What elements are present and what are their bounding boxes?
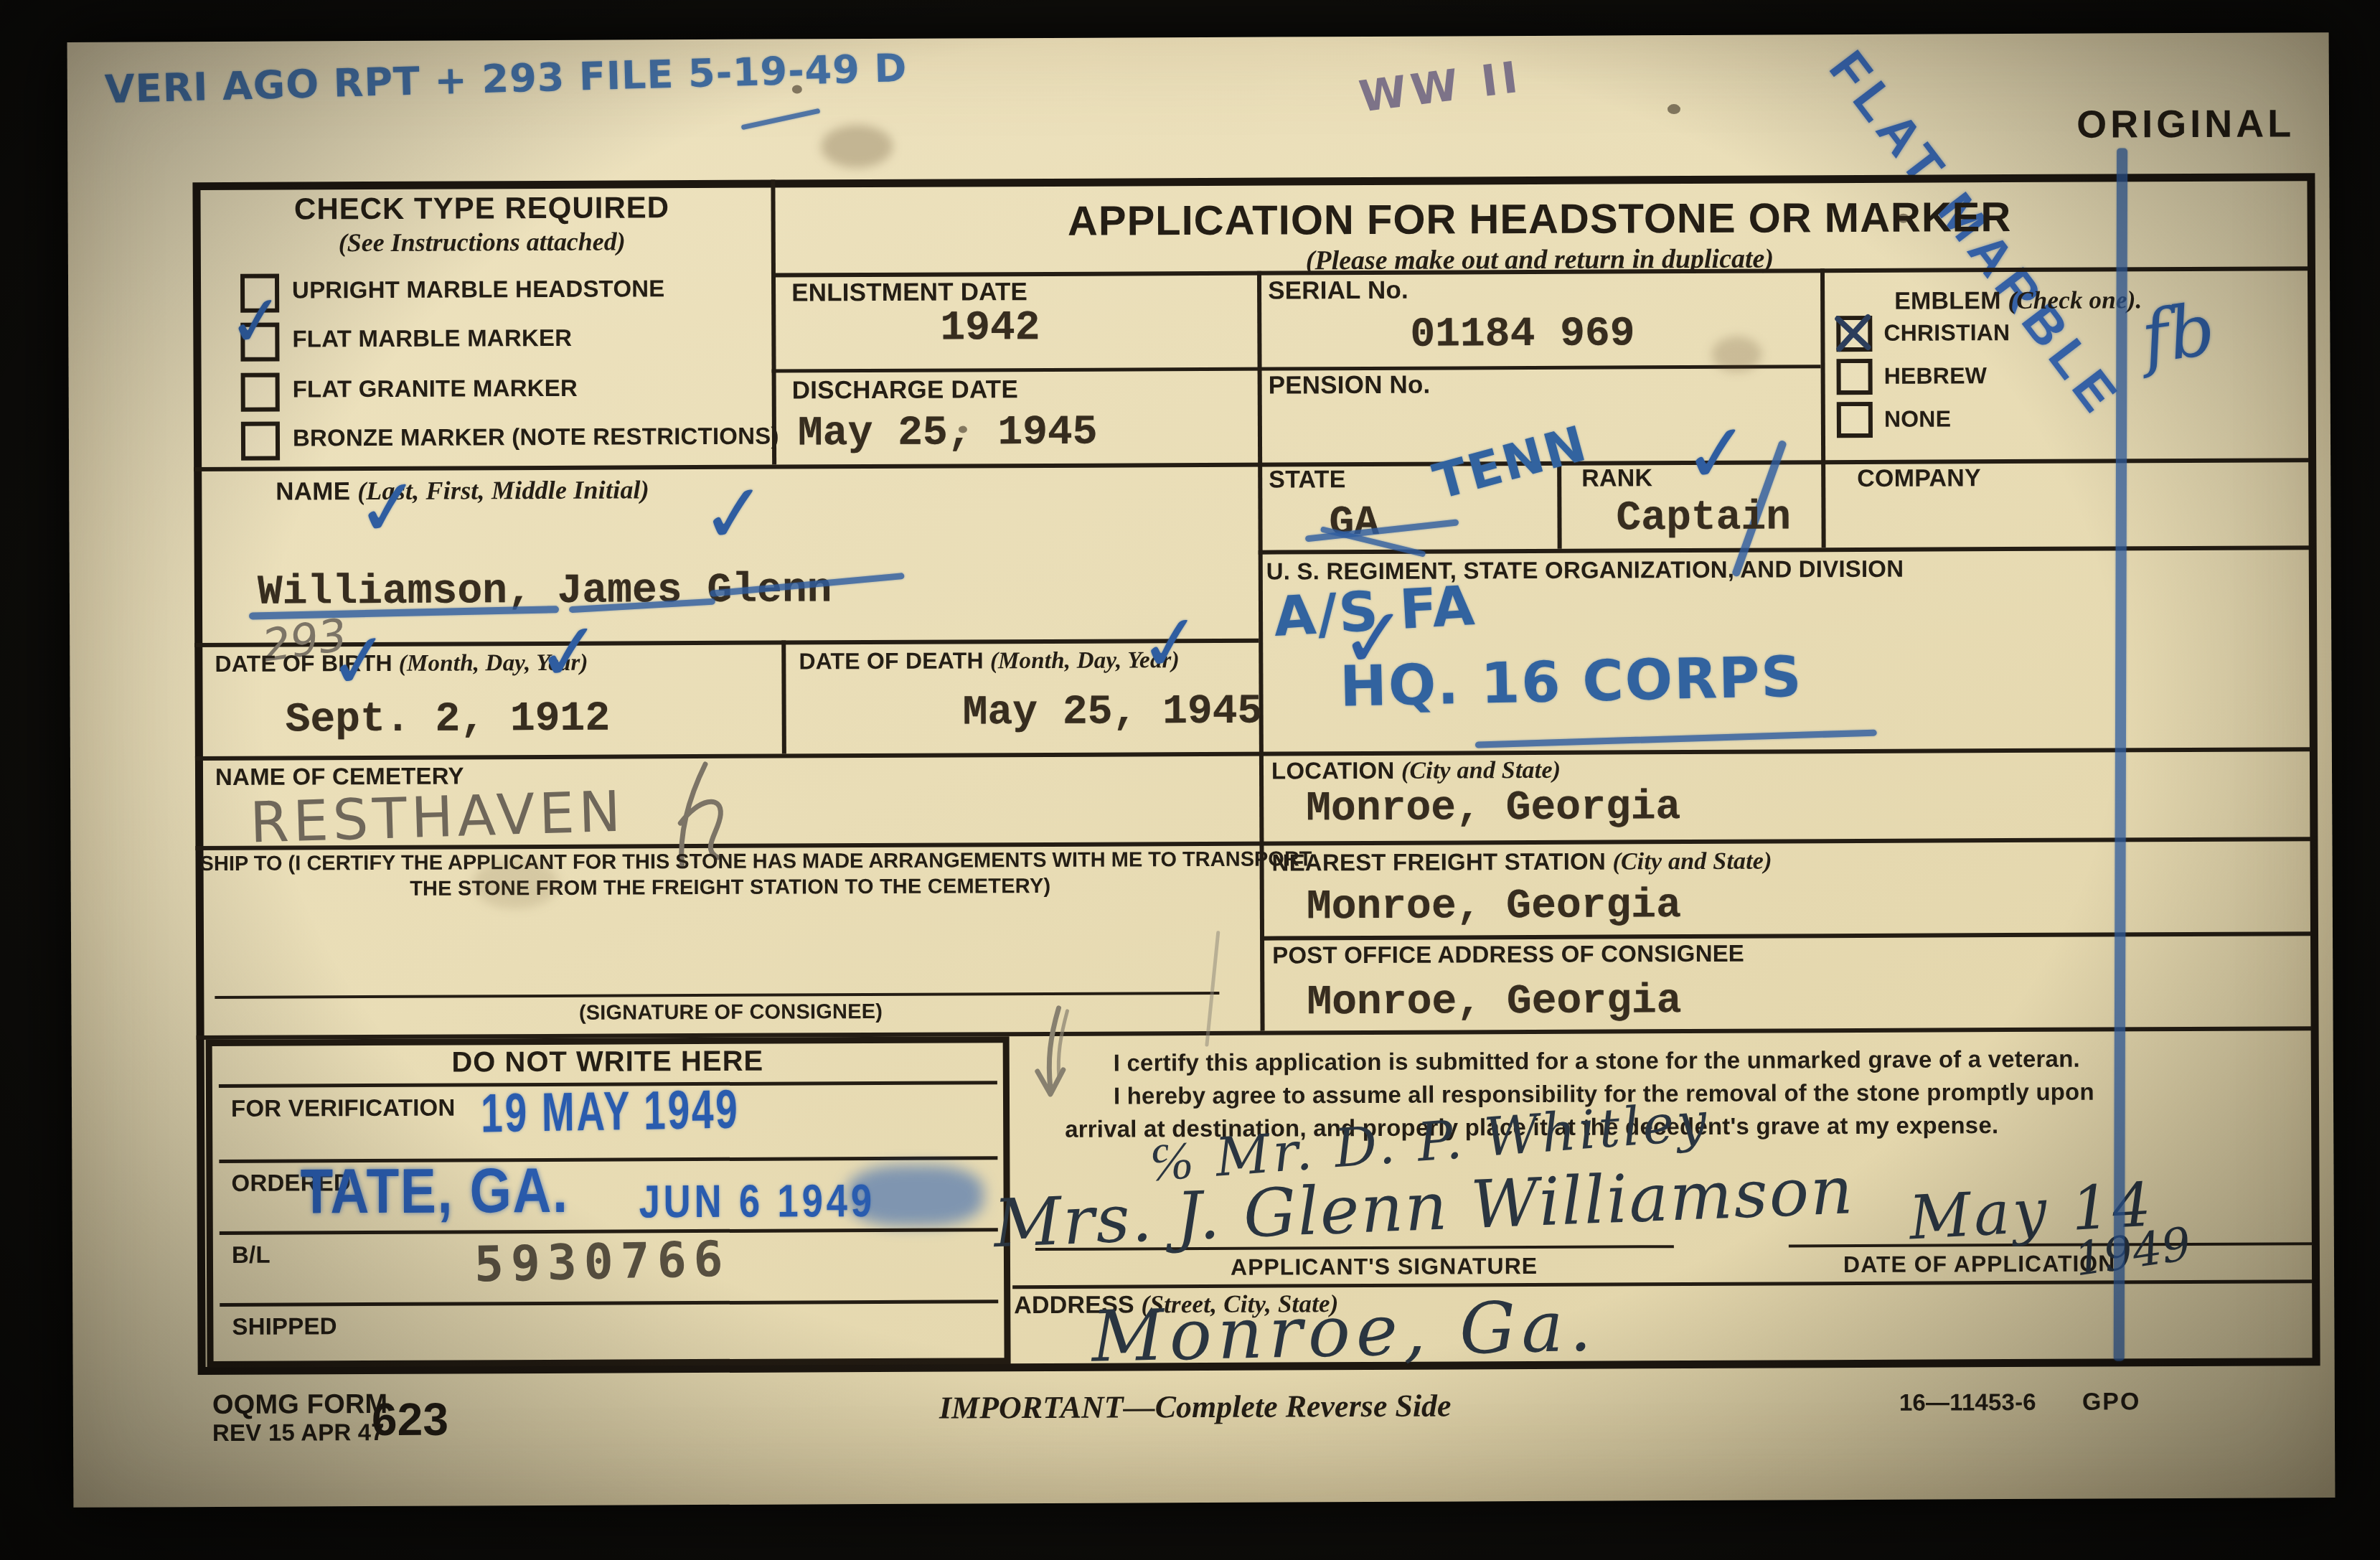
value-cemetery: RESTHAVEN [249,780,626,856]
value-address-script: Monroe, Ga. [1091,1285,1598,1378]
original-label: ORIGINAL [2076,101,2295,146]
paper-speck-2 [792,85,802,93]
check-type-subtitle: (See Instructions attached) [193,226,771,259]
paper-speck-1 [1668,104,1680,114]
stamp-smudge [847,1165,983,1226]
checkbox-label-upright-marble-headstone: UPRIGHT MARBLE HEADSTONE [292,275,665,304]
value-date-of-death: May 25, 1945 [963,689,1263,737]
paper-stain-2 [1711,337,1762,372]
certification-line1: I certify this application is submitted … [1114,1046,2080,1077]
label-ship-to-line1: SHIP TO (I CERTIFY THE APPLICANT FOR THI… [199,848,1260,876]
label-post-office-address: POST OFFICE ADDRESS OF CONSIGNEE [1272,940,1744,969]
value-serial-no: 01184 969 [1410,311,1635,358]
handwritten-top-note: VERI AGO RPT + 293 FILE 5-19-49 D [104,45,908,112]
do-not-write-title: DO NOT WRITE HERE [206,1044,1010,1080]
form-title: APPLICATION FOR HEADSTONE OR MARKER [771,192,2308,246]
label-bl: B/L [232,1241,271,1269]
value-location: Monroe, Georgia [1306,784,1680,832]
checkbox-label-flat-granite-marker: FLAT GRANITE MARKER [293,375,578,403]
checkbox-label-flat-marble-marker: FLAT MARBLE MARKER [292,324,572,353]
dod-checkmark-2: ✓ [1337,596,1411,681]
paper-stain-3 [473,858,559,909]
footer-form-name: OQMG FORM [212,1389,388,1421]
label-freight-station: NEAREST FREIGHT STATION (City and State) [1271,847,1772,878]
check-type-title: CHECK TYPE REQUIRED [192,190,771,227]
label-serial-no: SERIAL No. [1268,276,1408,306]
label-shipped: SHIPPED [232,1312,337,1340]
pencil-down-arrow [1025,1005,1083,1113]
label-company: COMPANY [1857,464,1981,493]
label-date-of-birth: DATE OF BIRTH (Month, Day, Year) [215,649,588,678]
label-name: NAME (Last, First, Middle Initial) [276,474,649,506]
value-discharge-date: May 25, 1945 [798,410,1098,458]
value-bl-number: 5930766 [474,1231,730,1294]
label-rank: RANK [1581,464,1652,492]
name-checkmark-1: ✓ [353,467,425,550]
label-emblem: EMBLEM (Check one). [1894,286,2142,316]
label-discharge-date: DISCHARGE DATE [792,375,1018,405]
checkbox-label-none: NONE [1884,405,1951,432]
footer-form-rev: REV 15 APR 47 [212,1419,385,1447]
dob-checkmark-2: ✓ [533,611,605,695]
label-date-of-death: DATE OF DEATH (Month, Day, Year) [799,647,1180,675]
label-state: STATE [1269,466,1346,494]
dob-checkmark-1: ✓ [324,621,395,702]
checkbox-label-christian: CHRISTIAN [1883,319,2010,347]
scanned-form-paper: VERI AGO RPT + 293 FILE 5-19-49 D WW II … [67,32,2336,1508]
paper-speck-4 [959,426,967,433]
checkbox-flat-granite-marker [241,373,280,412]
caption-signature-of-consignee: (SIGNATURE OF CONSIGNEE) [200,999,1261,1027]
scan-background: { "marginalia": { "top_note": "VERI AGO … [0,0,2380,1560]
label-ship-to-line2: THE STONE FROM THE FREIGHT STATION TO TH… [200,874,1261,902]
value-enlistment-date: 1942 [940,305,1040,352]
checkbox-label-hebrew: HEBREW [1884,362,1988,390]
flat-marble-checkmark: ✓ [224,284,288,359]
rank-checkmark: ✓ [1680,412,1754,497]
footer-gpo: GPO [2082,1388,2141,1416]
value-post-office-address: Monroe, Georgia [1307,978,1681,1026]
ww2-pencil-note: WW II [1356,52,1525,122]
caption-applicant-signature: APPLICANT'S SIGNATURE [1231,1253,1538,1281]
form-subtitle: (Please make out and return in duplicate… [771,240,2308,278]
footer-form-number: 623 [372,1393,449,1446]
paper-speck-3 [1898,214,1909,223]
checkbox-bronze-marker [241,422,280,461]
stamp-verification-date: 19 MAY 1949 [481,1078,740,1145]
stamp-ordered-place: TATE, GA. [300,1154,568,1228]
dod-checkmark-1: ✓ [1135,603,1207,685]
christian-x-mark [1832,311,1873,353]
footer-print-code: 16—11453-6 [1899,1389,2036,1416]
label-pension-no: PENSION No. [1269,371,1431,400]
value-freight-station: Monroe, Georgia [1307,883,1681,931]
rule-dob-dod-divider [781,641,786,754]
checkbox-emblem-hebrew [1837,359,1873,395]
label-enlistment-date: ENLISTMENT DATE [791,278,1027,307]
label-location: LOCATION (City and State) [1271,756,1561,786]
name-checkmark-2: ✓ [697,472,771,558]
footer-important-note: IMPORTANT—Complete Reverse Side [939,1387,1452,1426]
top-note-underline [741,108,821,131]
paper-stain-1 [821,125,893,168]
label-for-verification: FOR VERIFICATION [231,1094,456,1122]
checkbox-emblem-none [1837,402,1873,438]
checkbox-label-bronze-marker: BRONZE MARKER (NOTE RESTRICTIONS) [293,423,779,452]
stamp-ordered-date: JUN 6 1949 [639,1174,875,1228]
